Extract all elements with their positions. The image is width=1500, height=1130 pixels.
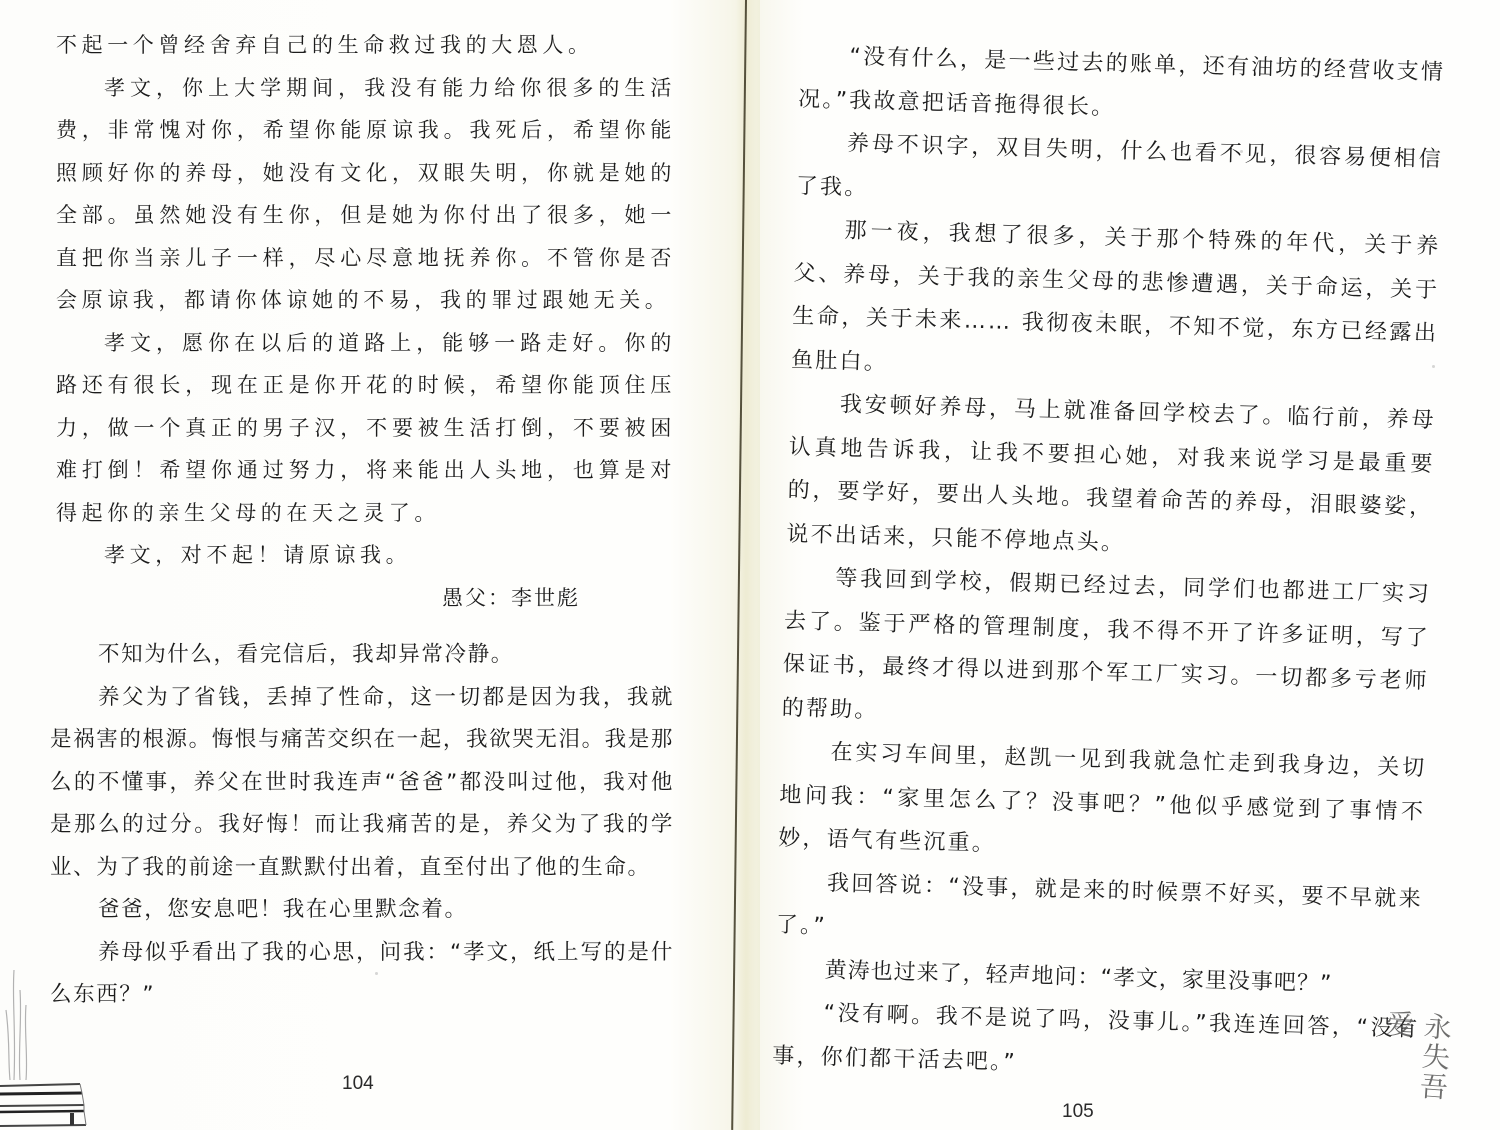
letter-paragraph: 孝文，对不起！请原谅我。	[56, 534, 676, 577]
narrative-paragraph: 不知为什么，看完信后，我却异常冷静。	[50, 634, 674, 677]
narrative-paragraph: “没有啊。我不是说了吗，没事儿。”我连连回答，“没有事，你们都干活去吧。”	[772, 991, 1420, 1095]
bench-sketch-icon	[0, 960, 90, 1130]
letter-signature: 愚父：李世彪	[56, 577, 676, 620]
page-number-right: 105	[1062, 1101, 1094, 1123]
narrative-paragraph: 养父为了省钱，丢掉了性命，这一切都是因为我，我就是祸害的根源。悔恨与痛苦交织在一…	[50, 677, 674, 890]
scan-speck	[375, 972, 378, 975]
letter-paragraph: 孝文，你上大学期间，我没有能力给你很多的生活费，非常愧对你，希望你能原谅我。我死…	[56, 67, 676, 322]
right-page: “没有什么，是一些过去的账单，还有油坊的经营收支情况。”我故意把话音拖得很长。 …	[760, 0, 1500, 1130]
left-page: 不起一个曾经舍弃自己的生命救过我的大恩人。 孝文，你上大学期间，我没有能力给你很…	[0, 0, 760, 1130]
narrative-text-left: 不知为什么，看完信后，我却异常冷静。 养父为了省钱，丢掉了性命，这一切都是因为我…	[50, 634, 674, 1017]
scan-speck	[1100, 310, 1103, 313]
narrative-paragraph: 爸爸，您安息吧！我在心里默念着。	[50, 889, 674, 932]
narrative-paragraph: 在实习车间里，赵凯一见到我就急忙走到我身边，关切地问我：“家里怎么了？没事吧？”…	[778, 730, 1427, 878]
narrative-paragraph: 我安顿好养母，马上就准备回学校去了。临行前，养母认真地告诉我，让我不要担心她，对…	[786, 382, 1436, 573]
narrative-paragraph: 那一夜，我想了很多，关于那个特殊的年代，关于养父、养母，关于我的亲生父母的悲惨遭…	[791, 208, 1441, 399]
narrative-paragraph: 养母似乎看出了我的心思，问我：“孝文，纸上写的是什么东西？”	[50, 932, 674, 1017]
page-number-left: 104	[342, 1073, 374, 1095]
letter-text: 不起一个曾经舍弃自己的生命救过我的大恩人。 孝文，你上大学期间，我没有能力给你很…	[56, 24, 676, 619]
letter-paragraph: 不起一个曾经舍弃自己的生命救过我的大恩人。	[56, 24, 676, 67]
letter-paragraph: 孝文，愿你在以后的道路上，能够一路走好。你的路还有很长，现在正是你开花的时候，希…	[56, 322, 676, 535]
scan-speck	[1432, 365, 1435, 368]
book-spread: 不起一个曾经舍弃自己的生命救过我的大恩人。 孝文，你上大学期间，我没有能力给你很…	[0, 0, 1500, 1130]
narrative-paragraph: 等我回到学校，假期已经过去，同学们也都进工厂实习去了。鉴于严格的管理制度，我不得…	[781, 556, 1431, 747]
narrative-text-right: “没有什么，是一些过去的账单，还有油坊的经营收支情况。”我故意把话音拖得很长。 …	[772, 34, 1446, 1095]
scan-speck	[1240, 150, 1243, 153]
